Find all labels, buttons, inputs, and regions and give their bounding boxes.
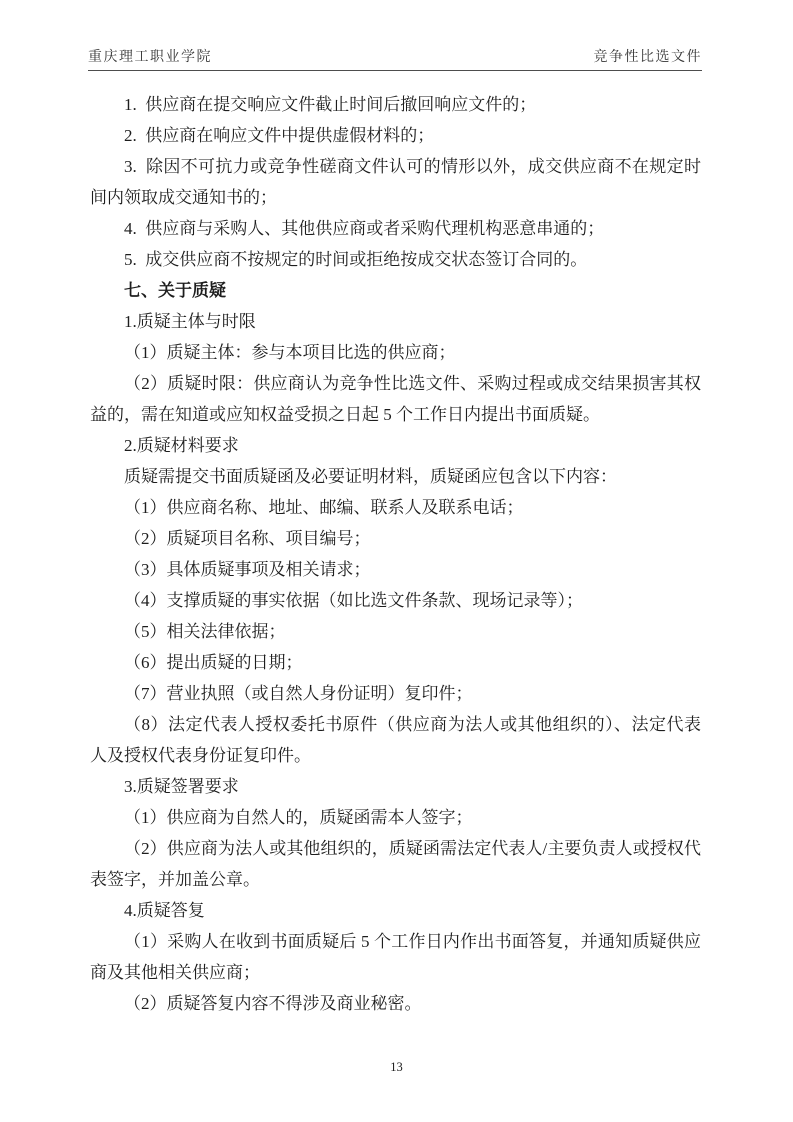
document-body: 1. 供应商在提交响应文件截止时间后撤回响应文件的；2. 供应商在响应文件中提供… — [90, 89, 701, 1019]
paragraph: （2）供应商为法人或其他组织的，质疑函需法定代表人/主要负责人或授权代表签字，并… — [90, 833, 701, 895]
paragraph: （1）供应商为自然人的，质疑函需本人签字； — [90, 802, 701, 833]
paragraph: （2）质疑时限：供应商认为竞争性比选文件、采购过程或成交结果损害其权益的，需在知… — [90, 368, 701, 430]
paragraph: （5）相关法律依据； — [90, 616, 701, 647]
paragraph: （4）支撑质疑的事实依据（如比选文件条款、现场记录等）； — [90, 585, 701, 616]
header-rule — [88, 70, 702, 71]
document-page: 重庆理工职业学院 竞争性比选文件 1. 供应商在提交响应文件截止时间后撤回响应文… — [0, 0, 793, 1122]
paragraph: 4. 供应商与采购人、其他供应商或者采购代理机构恶意串通的； — [90, 213, 701, 244]
paragraph: 5. 成交供应商不按规定的时间或拒绝按成交状态签订合同的。 — [90, 244, 701, 275]
paragraph: 1. 供应商在提交响应文件截止时间后撤回响应文件的； — [90, 89, 701, 120]
paragraph: （8）法定代表人授权委托书原件（供应商为法人或其他组织的）、法定代表人及授权代表… — [90, 709, 701, 771]
paragraph: （6）提出质疑的日期； — [90, 647, 701, 678]
paragraph: （7）营业执照（或自然人身份证明）复印件； — [90, 678, 701, 709]
paragraph: （1）采购人在收到书面质疑后 5 个工作日内作出书面答复，并通知质疑供应商及其他… — [90, 926, 701, 988]
paragraph: （1）质疑主体：参与本项目比选的供应商； — [90, 337, 701, 368]
header-left-text: 重庆理工职业学院 — [88, 46, 212, 66]
paragraph: （2）质疑项目名称、项目编号； — [90, 523, 701, 554]
page-header: 重庆理工职业学院 竞争性比选文件 — [88, 46, 702, 66]
paragraph: 3. 除因不可抗力或竞争性磋商文件认可的情形以外，成交供应商不在规定时间内领取成… — [90, 151, 701, 213]
paragraph: （1）供应商名称、地址、邮编、联系人及联系电话； — [90, 492, 701, 523]
header-right-text: 竞争性比选文件 — [594, 46, 703, 66]
paragraph: （3）具体质疑事项及相关请求； — [90, 554, 701, 585]
page-footer: 13 — [0, 1060, 793, 1075]
paragraph: 4.质疑答复 — [90, 895, 701, 926]
paragraph: 3.质疑签署要求 — [90, 771, 701, 802]
paragraph: 质疑需提交书面质疑函及必要证明材料，质疑函应包含以下内容： — [90, 461, 701, 492]
paragraph: 2. 供应商在响应文件中提供虚假材料的； — [90, 120, 701, 151]
page-number: 13 — [390, 1060, 403, 1074]
paragraph: （2）质疑答复内容不得涉及商业秘密。 — [90, 988, 701, 1019]
paragraph: 2.质疑材料要求 — [90, 430, 701, 461]
section-heading: 七、关于质疑 — [90, 275, 701, 306]
paragraph: 1.质疑主体与时限 — [90, 306, 701, 337]
